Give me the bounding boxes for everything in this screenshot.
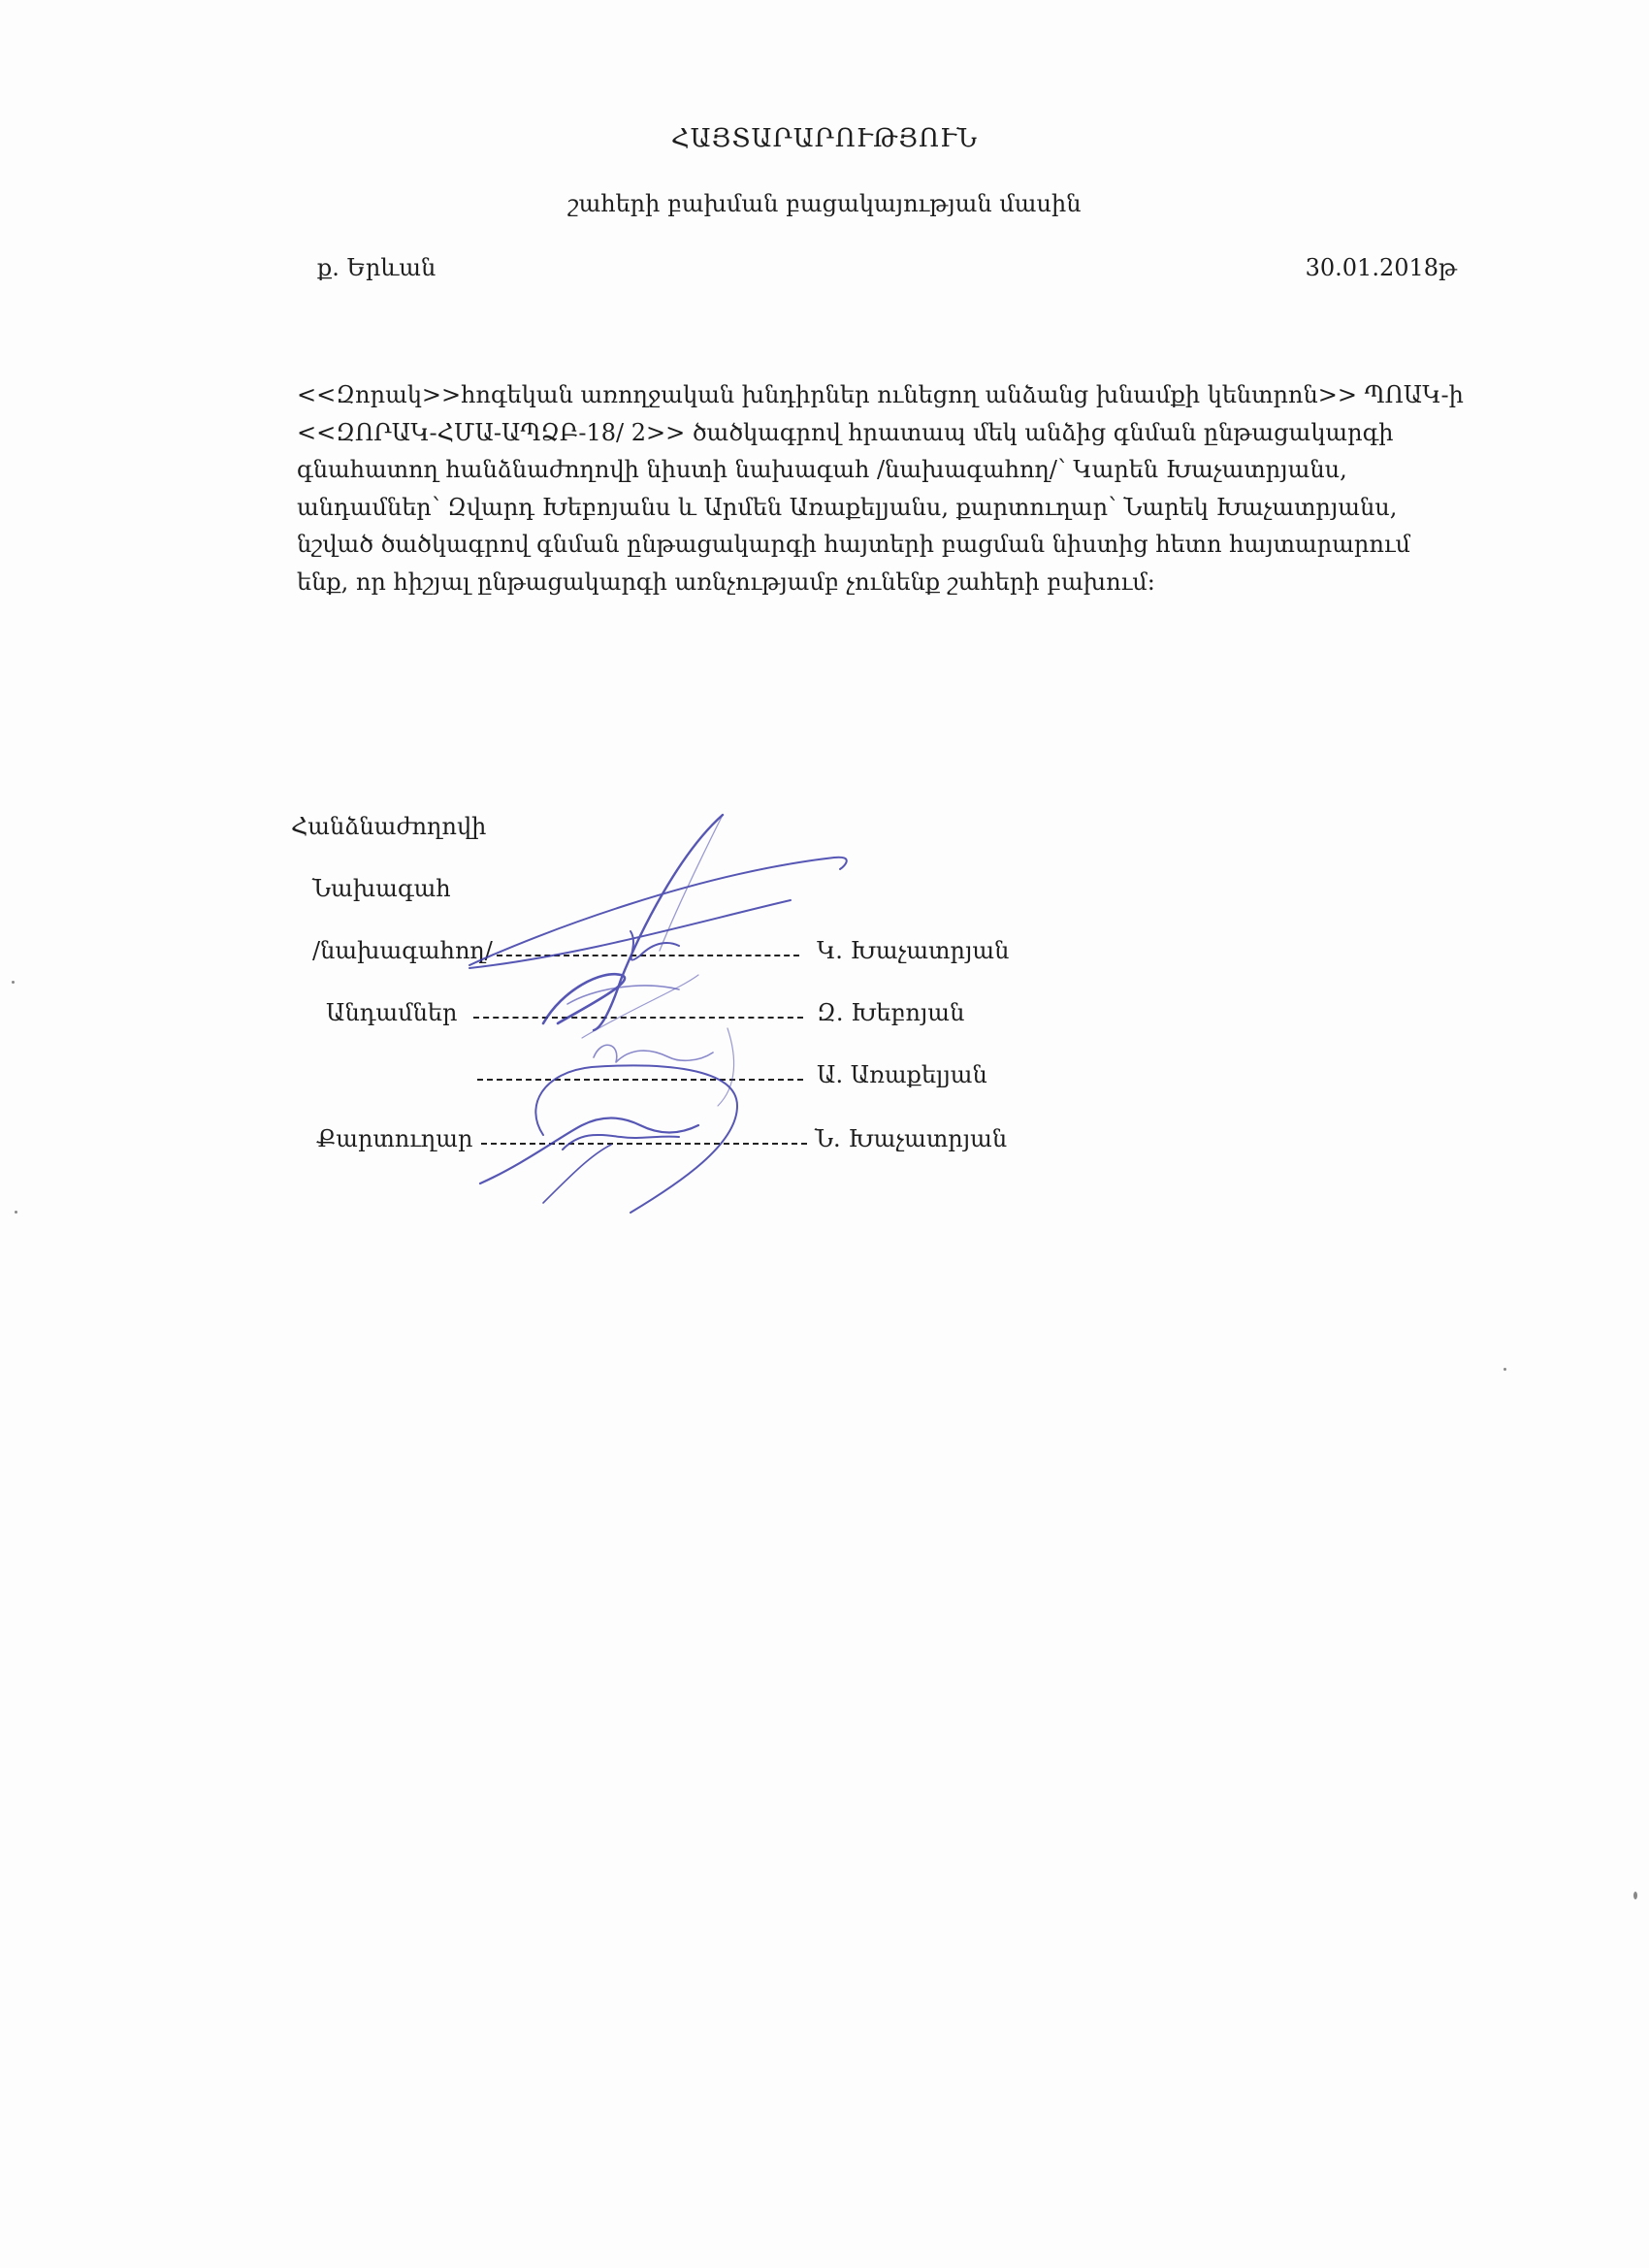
scan-speck (1503, 1368, 1506, 1371)
committee-label: Հանձնաժողովի (291, 813, 486, 840)
scan-speck (12, 981, 15, 984)
signature-line-chair (497, 955, 799, 956)
members-label: Անդամներ (326, 999, 457, 1026)
chair-name: Կ. Խաչատրյան (817, 937, 1009, 964)
chair-label: Նախագահ (312, 875, 451, 902)
signature-block: Հանձնաժողովի Նախագահ /նախագահող/ Կ. Խաչա… (0, 0, 1649, 2268)
scan-speck (1633, 1892, 1637, 1899)
member-1-name: Զ. Խեբոյան (817, 999, 964, 1026)
signature-line-secretary (481, 1143, 807, 1145)
signature-line-member-2 (477, 1079, 803, 1081)
member-2-name: Ա. Առաքելյան (817, 1061, 987, 1088)
signature-line-member-1 (473, 1017, 803, 1019)
secretary-name: Ն. Խաչատրյան (815, 1125, 1007, 1152)
secretary-label: Քարտուղար (316, 1125, 472, 1152)
chair-label-alt: /նախագահող/ (312, 937, 493, 964)
scan-speck (15, 1211, 17, 1214)
scanned-page: ՀԱՅՏԱՐԱՐՈՒԹՅՈՒՆ շահերի բախման բացակայութ… (0, 0, 1649, 2268)
